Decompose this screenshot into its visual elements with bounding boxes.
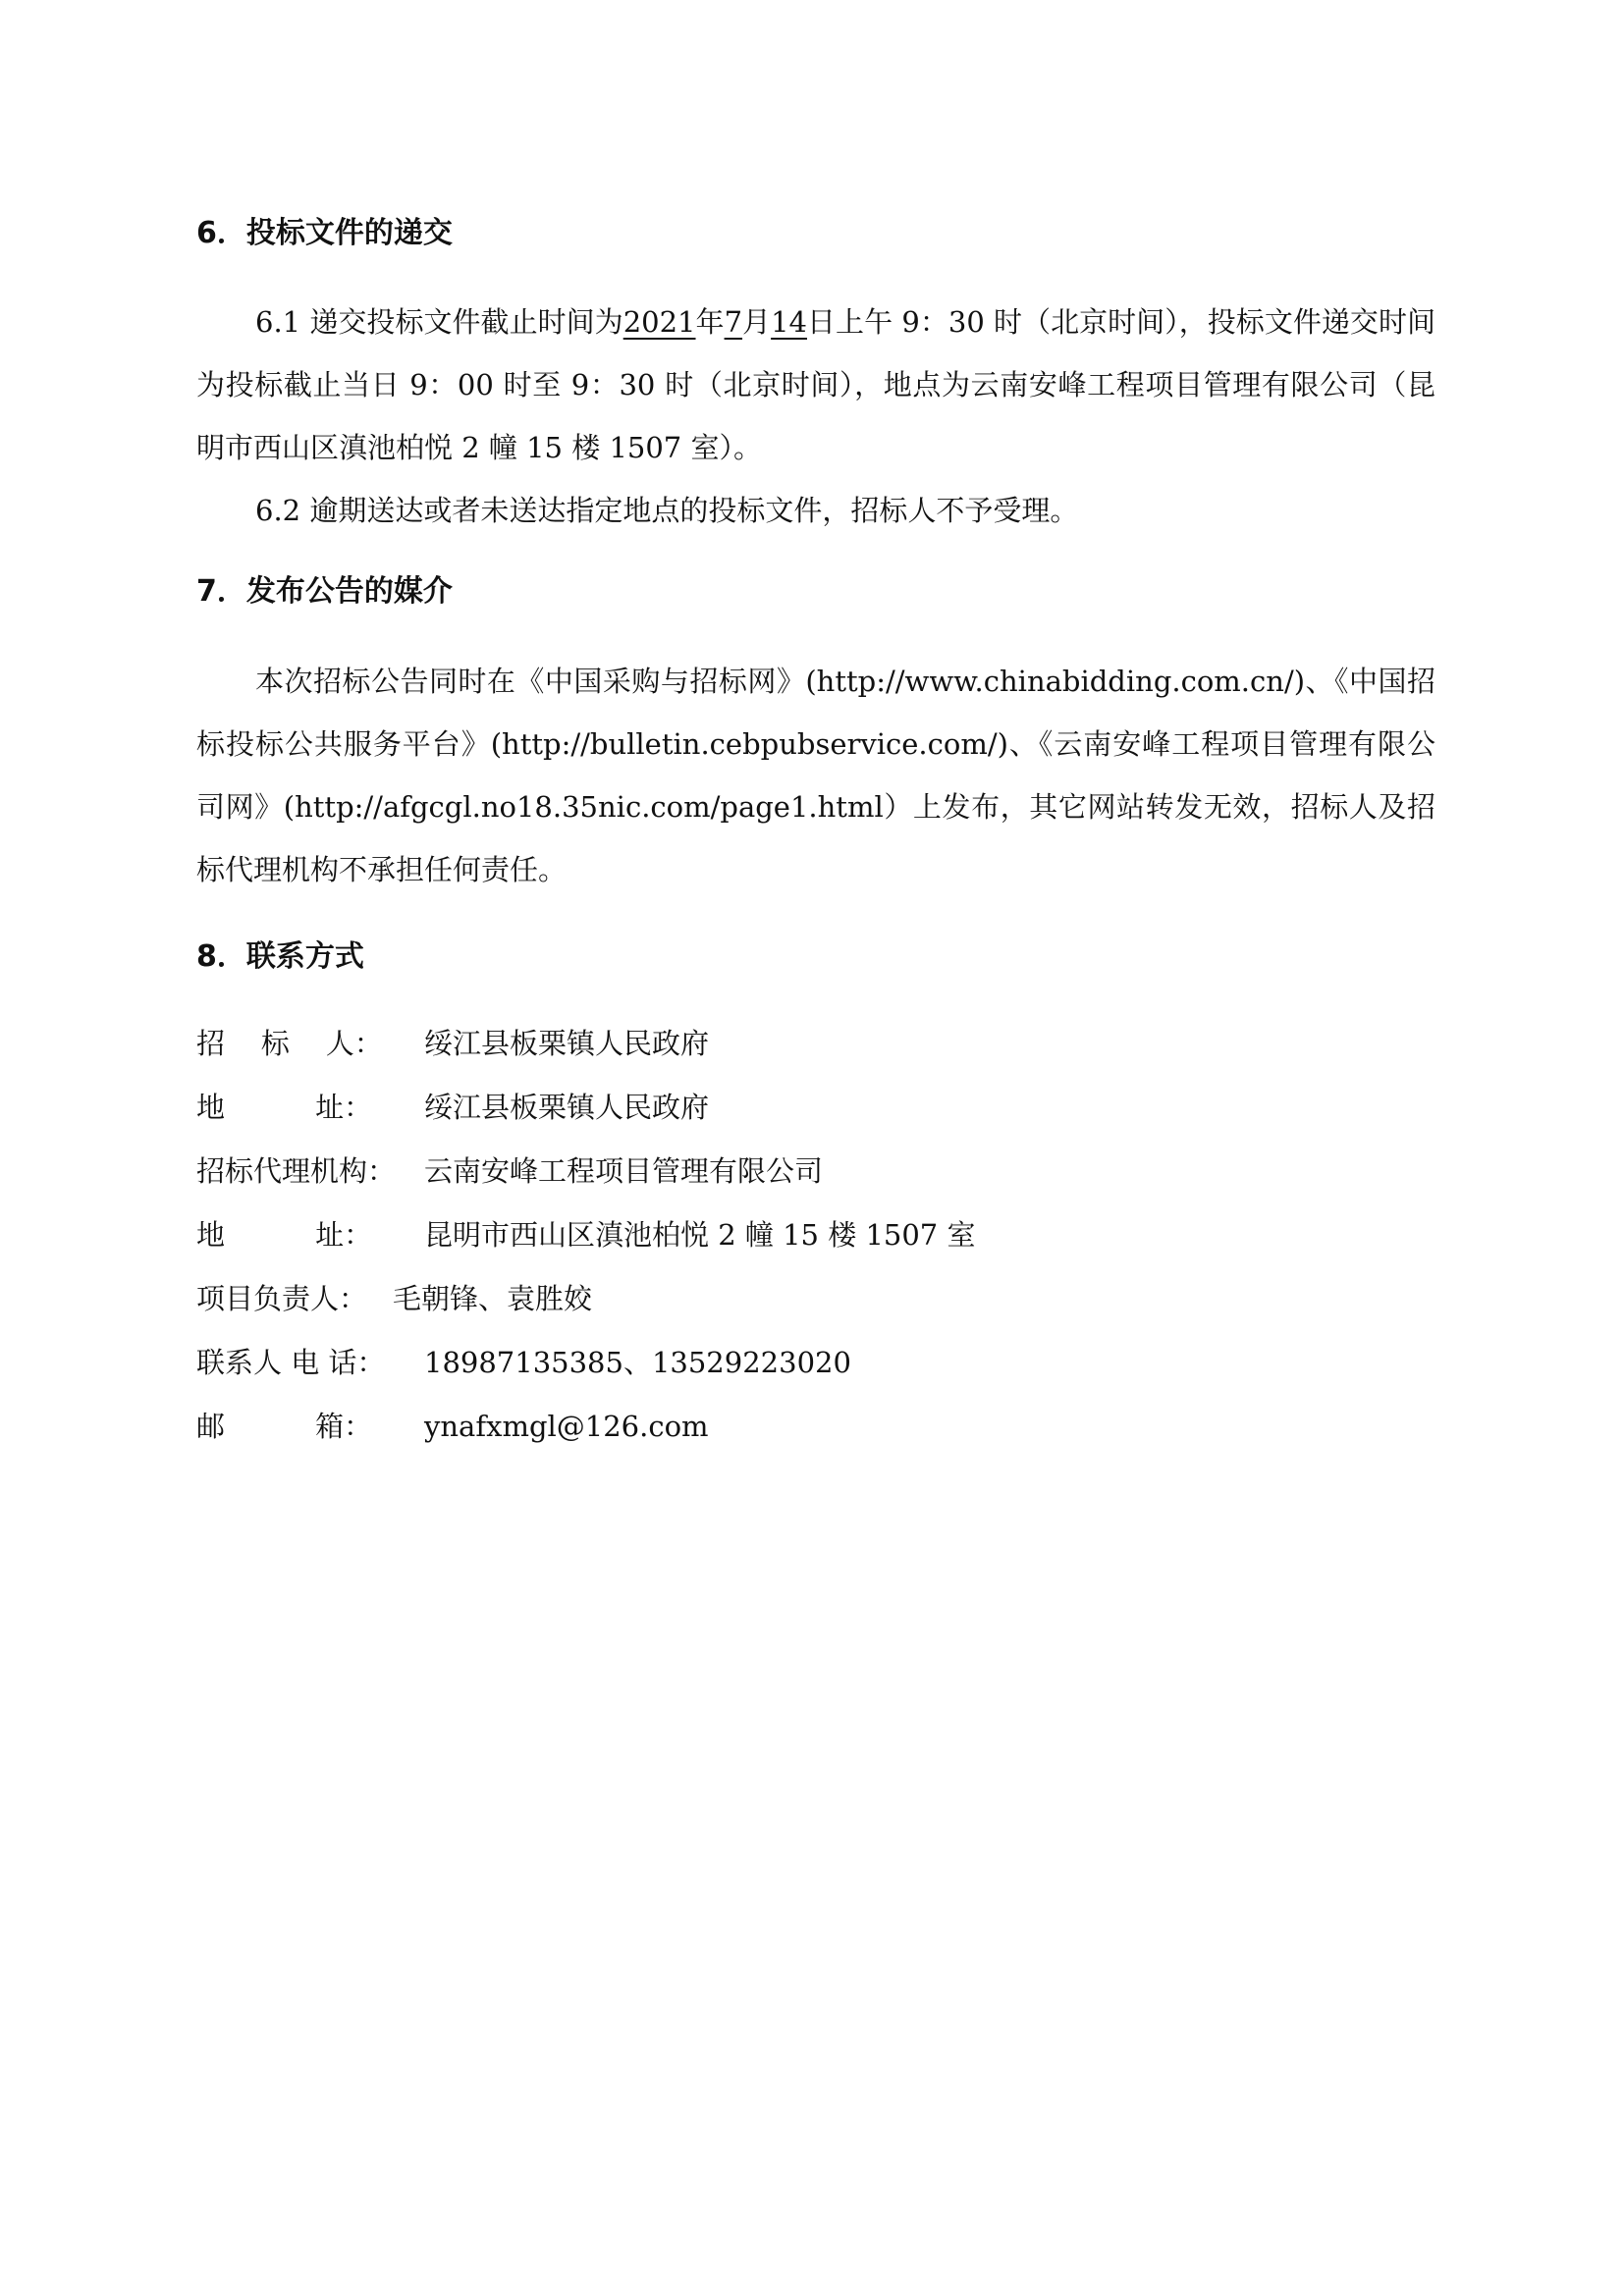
contact-value: 绥江县板栗镇人民政府	[424, 1088, 709, 1127]
contact-row-agency-address: 地 址：昆明市西山区滇池柏悦 2 幢 15 楼 1507 室	[196, 1215, 975, 1255]
contact-label: 招标代理机构：	[196, 1151, 424, 1191]
contact-row-project-lead: 项目负责人：毛朝锋、袁胜姣	[196, 1279, 592, 1318]
contact-phone-numbers: 18987135385、13529223020	[424, 1343, 851, 1382]
contact-value: 毛朝锋、袁胜姣	[393, 1279, 592, 1318]
contact-email: ynafxmgl@126.com	[424, 1407, 709, 1446]
month-suffix: 月	[742, 305, 771, 339]
paragraph-6-2: 6.2 逾期送达或者未送达指定地点的投标文件，招标人不予受理。	[196, 479, 1435, 542]
contact-row-agency: 招标代理机构：云南安峰工程项目管理有限公司	[196, 1151, 823, 1191]
deadline-month: 7	[725, 305, 742, 339]
paragraph-6-1: 6.1 递交投标文件截止时间为2021年7月14日上午 9：30 时（北京时间）…	[196, 291, 1435, 479]
contact-label: 地 址：	[196, 1088, 424, 1127]
contact-label: 邮 箱：	[196, 1407, 424, 1446]
contact-value: 绥江县板栗镇人民政府	[424, 1024, 709, 1063]
document-page: 6．投标文件的递交 6.1 递交投标文件截止时间为2021年7月14日上午 9：…	[0, 0, 1624, 2296]
paragraph-7-media: 本次招标公告同时在《中国采购与招标网》(http://www.chinabidd…	[196, 650, 1435, 901]
section-7-heading: 7．发布公告的媒介	[196, 572, 453, 612]
contact-label: 联系人 电 话：	[196, 1343, 424, 1382]
contact-value: 云南安峰工程项目管理有限公司	[424, 1151, 823, 1191]
contact-row-email: 邮 箱：ynafxmgl@126.com	[196, 1407, 709, 1446]
paragraph-6-1-prefix: 6.1 递交投标文件截止时间为	[255, 305, 623, 339]
contact-row-tenderer-address: 地 址：绥江县板栗镇人民政府	[196, 1088, 709, 1127]
deadline-year: 2021	[623, 305, 696, 339]
deadline-day: 14	[771, 305, 807, 339]
contact-label: 项目负责人：	[196, 1279, 393, 1318]
contact-label: 招 标 人：	[196, 1024, 424, 1063]
contact-row-tenderer: 招 标 人：绥江县板栗镇人民政府	[196, 1024, 709, 1063]
year-suffix: 年	[696, 305, 725, 339]
contact-label: 地 址：	[196, 1215, 424, 1255]
section-6-heading: 6．投标文件的递交	[196, 214, 453, 253]
contact-value: 昆明市西山区滇池柏悦 2 幢 15 楼 1507 室	[424, 1215, 975, 1255]
section-8-heading: 8．联系方式	[196, 937, 364, 977]
contact-row-phone: 联系人 电 话：18987135385、13529223020	[196, 1343, 851, 1382]
